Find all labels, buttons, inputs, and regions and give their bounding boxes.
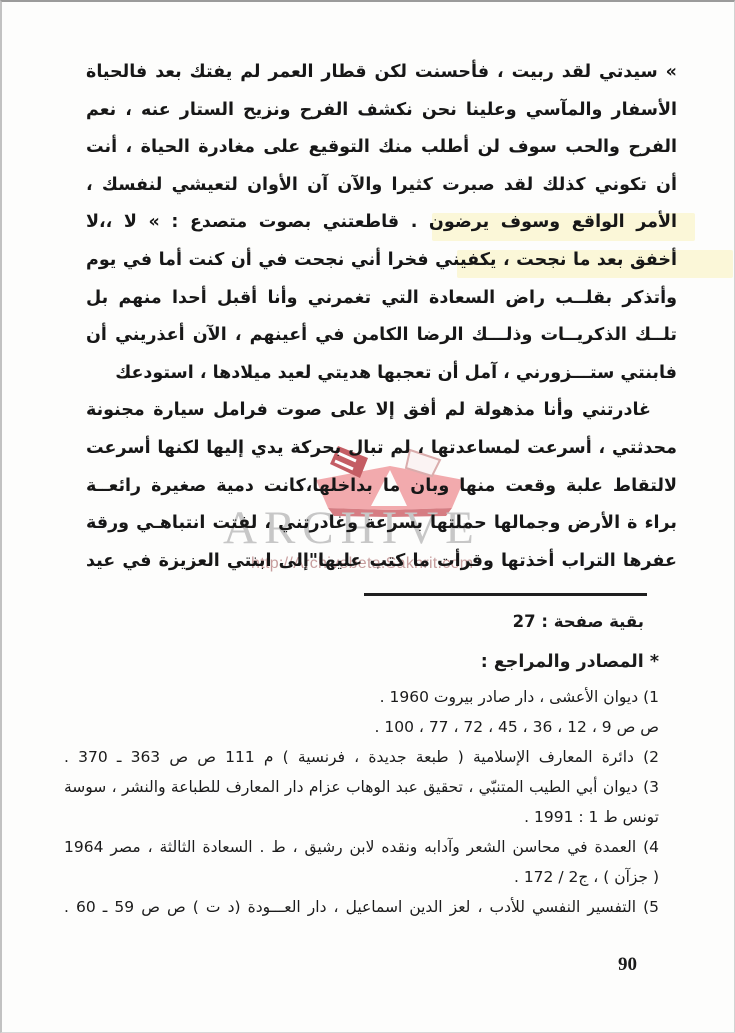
body-line: تلــك الذكريــات وذلـــك الرضا الكامن في… [86,317,677,355]
reference-line: ( جزآن ) ، ج2 / 172 . [64,862,659,892]
page-number: 90 [618,954,637,976]
reference-line: 3) ديوان أبي الطيب المتنبّي ، تحقيق عبد … [64,772,659,802]
continuation-note: بقية صفحة : 27 [513,612,644,631]
body-line: الأمر الواقع وسوف يرضون . قاطعتني بصوت م… [86,204,677,242]
body-line: أن تكوني كذلك لقد صبرت كثيرا والآن آن ال… [86,167,677,205]
reference-line: 1) ديوان الأعشى ، دار صادر بيروت 1960 . [64,682,659,712]
body-line: لالتقاط علبة وقعت منها وبان ما بداخلها،ك… [86,468,677,506]
references-section: * المصادر والمراجع : 1) ديوان الأعشى ، د… [64,646,659,922]
body-line: براء ة الأرض وجمالها حملتها بسرعة وغادرت… [86,505,677,543]
reference-line: تونس ط 1 : 1991 . [64,802,659,832]
section-divider-rule [364,593,647,596]
story-body-text: » سيدتي لقد ربيت ، فأحسنت لكن قطار العمر… [86,54,677,580]
reference-line: 2) دائرة المعارف الإسلامية ( طبعة جديدة … [64,742,659,772]
body-line: وأتذكر بقلــب راض السعادة التي تغمرني وأ… [86,280,677,318]
reference-line: 4) العمدة في محاسن الشعر وآدابه ونقده لا… [64,832,659,862]
body-line: عفرها التراب أخذتها وقرأت ما كتب عليها"إ… [86,543,677,581]
references-heading: * المصادر والمراجع : [64,646,659,678]
scanned-book-page: ARCHIVE http://Archivebeta.Sakhrit.com »… [0,0,735,1033]
body-line: » سيدتي لقد ربيت ، فأحسنت لكن قطار العمر… [86,54,677,92]
reference-line: 5) التفسير النفسي للأدب ، لعز الدين اسما… [64,892,659,922]
body-line: فابنتي ستـــزورني ، آمل أن تعجبها هديتي … [86,355,677,393]
body-line: الأسفار والمآسي وعلينا نحن نكشف الفرح ون… [86,92,677,130]
body-line: أخفق بعد ما نجحت ، يكفيني فخرا أني نجحت … [86,242,677,280]
body-line: الفرح والحب سوف لن أطلب منك التوقيع على … [86,129,677,167]
body-line: محدثتي ، أسرعت لمساعدتها ، لم تبال بحركة… [86,430,677,468]
body-line: غادرتني وأنا مذهولة لم أفق إلا على صوت ف… [86,392,677,430]
reference-line: ص ص 9 ، 12 ، 36 ، 45 ، 72 ، 77 ، 100 . [64,712,659,742]
